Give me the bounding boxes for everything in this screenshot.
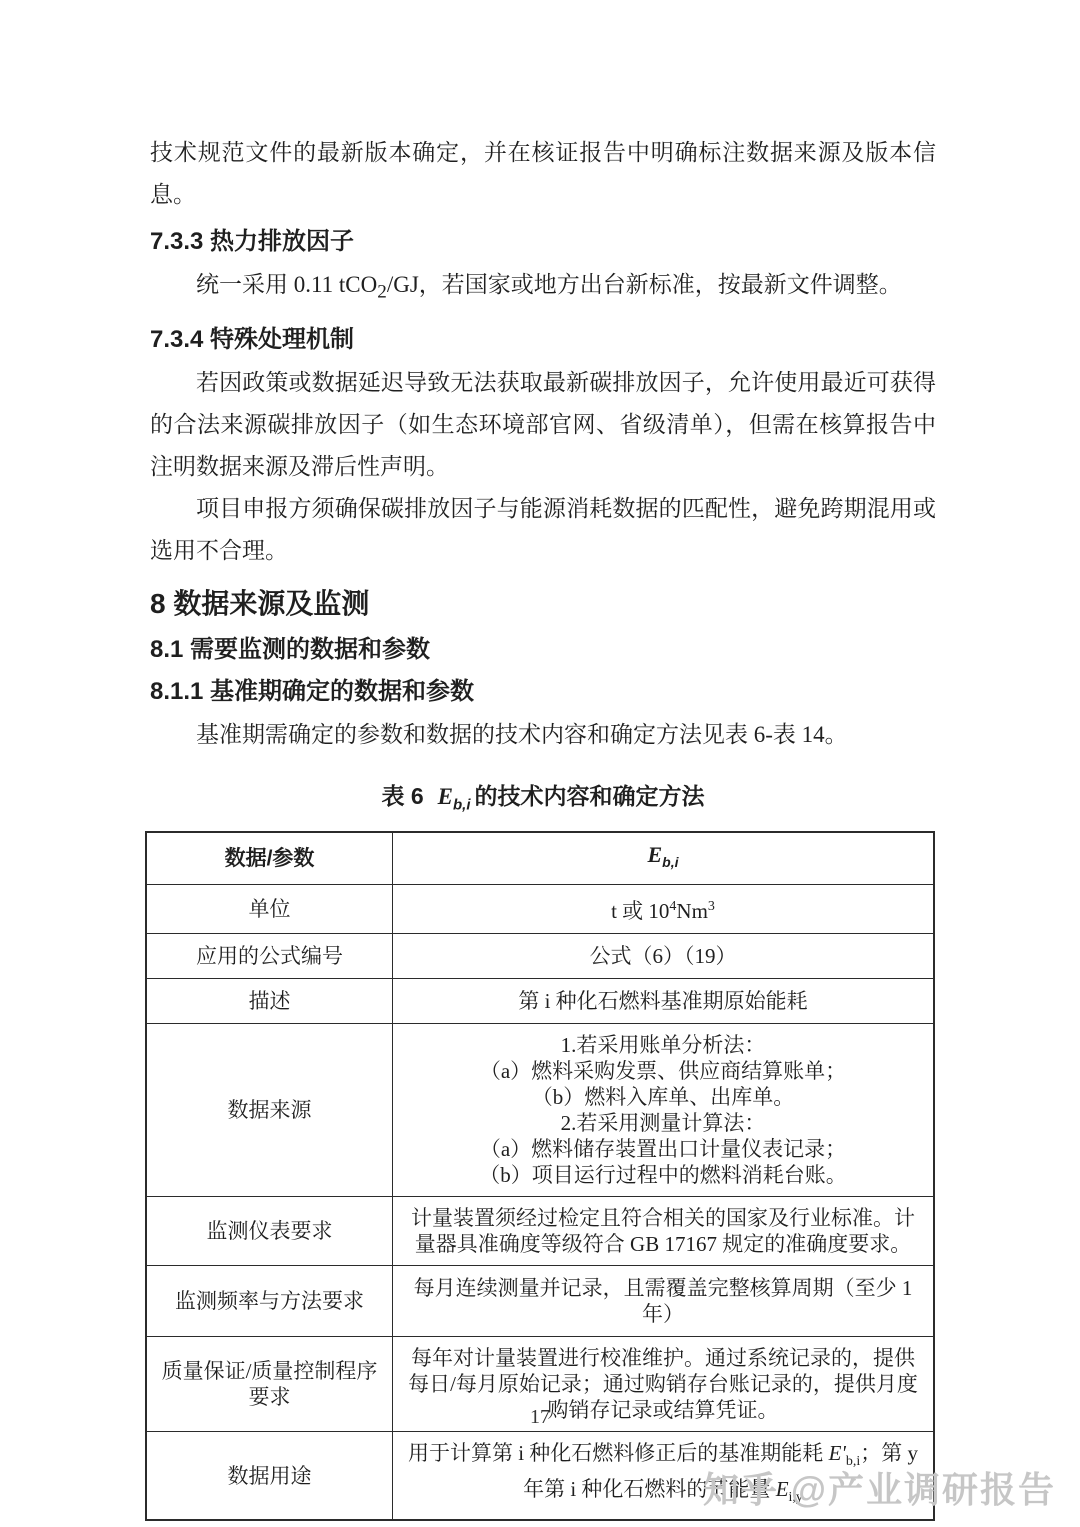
row-value: t 或 104Nm3 xyxy=(393,885,935,934)
text-part: t 或 10 xyxy=(611,899,669,923)
table-row-formula: 应用的公式编号 公式（6）（19） xyxy=(146,934,934,979)
caption-suffix: 的技术内容和确定方法 xyxy=(475,783,705,809)
source-line: （b）燃料入库单、出库单。 xyxy=(403,1084,923,1110)
row-label: 单位 xyxy=(146,885,393,934)
table-row-unit: 单位 t 或 104Nm3 xyxy=(146,885,934,934)
text-part: /GJ，若国家或地方出台新标准，按最新文件调整。 xyxy=(387,272,902,297)
heading-7-3-4: 7.3.4 特殊处理机制 xyxy=(150,320,936,360)
table-row-data-source: 数据来源 1.若采用账单分析法： （a）燃料采购发票、供应商结算账单； （b）燃… xyxy=(146,1024,934,1197)
paragraph-7-3-3: 统一采用 0.11 tCO2/GJ，若国家或地方出台新标准，按最新文件调整。 xyxy=(150,264,936,314)
superscript: 3 xyxy=(708,899,715,914)
source-line: （b）项目运行过程中的燃料消耗台账。 xyxy=(403,1162,923,1188)
paragraph-7-3-4-b: 项目申报方须确保碳排放因子与能源消耗数据的匹配性，避免跨期混用或选用不合理。 xyxy=(150,488,936,572)
source-line: 2.若采用测量计算法： xyxy=(403,1110,923,1136)
table6-caption: 表 6Eb,i的技术内容和确定方法 xyxy=(150,778,936,824)
source-line: （a）燃料采购发票、供应商结算账单； xyxy=(403,1058,923,1084)
page-number: 17 xyxy=(0,1406,1080,1429)
paragraph-continuation: 技术规范文件的最新版本确定，并在核证报告中明确标注数据来源及版本信息。 xyxy=(150,132,936,216)
row-label: 数据用途 xyxy=(146,1432,393,1520)
heading-8-1: 8.1 需要监测的数据和参数 xyxy=(150,630,936,670)
paragraph-8-1-1: 基准期需确定的参数和数据的技术内容和确定方法见表 6-表 14。 xyxy=(150,714,936,756)
heading-8-1-1: 8.1.1 基准期确定的数据和参数 xyxy=(150,672,936,712)
source-line: 1.若采用账单分析法： xyxy=(403,1032,923,1058)
row-label: 监测仪表要求 xyxy=(146,1197,393,1266)
table-row-frequency: 监测频率与方法要求 每月连续测量并记录，且需覆盖完整核算周期（至少 1 年） xyxy=(146,1266,934,1337)
page-content: 技术规范文件的最新版本确定，并在核证报告中明确标注数据来源及版本信息。 7.3.… xyxy=(150,132,936,1521)
text-part: Nm xyxy=(676,899,708,923)
zhihu-watermark: 知乎 @产业调研报告 xyxy=(703,1462,1056,1513)
row-label: 应用的公式编号 xyxy=(146,934,393,979)
paragraph-7-3-4-a: 若因政策或数据延迟导致无法获取最新碳排放因子，允许使用最近可获得的合法来源碳排放… xyxy=(150,362,936,488)
caption-variable-subscript: b,i xyxy=(453,796,471,813)
subscript: 2 xyxy=(377,282,387,303)
table-row-description: 描述 第 i 种化石燃料基准期原始能耗 xyxy=(146,979,934,1024)
caption-variable: E xyxy=(438,784,453,809)
heading-7-3-3: 7.3.3 热力排放因子 xyxy=(150,222,936,262)
row-value: 1.若采用账单分析法： （a）燃料采购发票、供应商结算账单； （b）燃料入库单、… xyxy=(393,1024,935,1197)
text-part: 统一采用 0.11 tCO xyxy=(196,272,377,297)
row-value: 计量装置须经过检定且符合相关的国家及行业标准。计量器具准确度等级符合 GB 17… xyxy=(393,1197,935,1266)
header-cell-parameter: 数据/参数 xyxy=(146,832,393,885)
row-label: 监测频率与方法要求 xyxy=(146,1266,393,1337)
variable-subscript: b,i xyxy=(662,854,678,870)
row-label: 数据来源 xyxy=(146,1024,393,1197)
table-row-instrument: 监测仪表要求 计量装置须经过检定且符合相关的国家及行业标准。计量器具准确度等级符… xyxy=(146,1197,934,1266)
table-header-row: 数据/参数 Eb,i xyxy=(146,832,934,885)
row-value: 每月连续测量并记录，且需覆盖完整核算周期（至少 1 年） xyxy=(393,1266,935,1337)
row-value: 公式（6）（19） xyxy=(393,934,935,979)
source-line: （a）燃料储存装置出口计量仪表记录； xyxy=(403,1136,923,1162)
row-label: 描述 xyxy=(146,979,393,1024)
variable: E xyxy=(647,842,662,867)
heading-8: 8 数据来源及监测 xyxy=(150,582,936,626)
header-cell-variable: Eb,i xyxy=(393,832,935,885)
caption-prefix: 表 6 xyxy=(381,783,423,809)
row-value: 第 i 种化石燃料基准期原始能耗 xyxy=(393,979,935,1024)
